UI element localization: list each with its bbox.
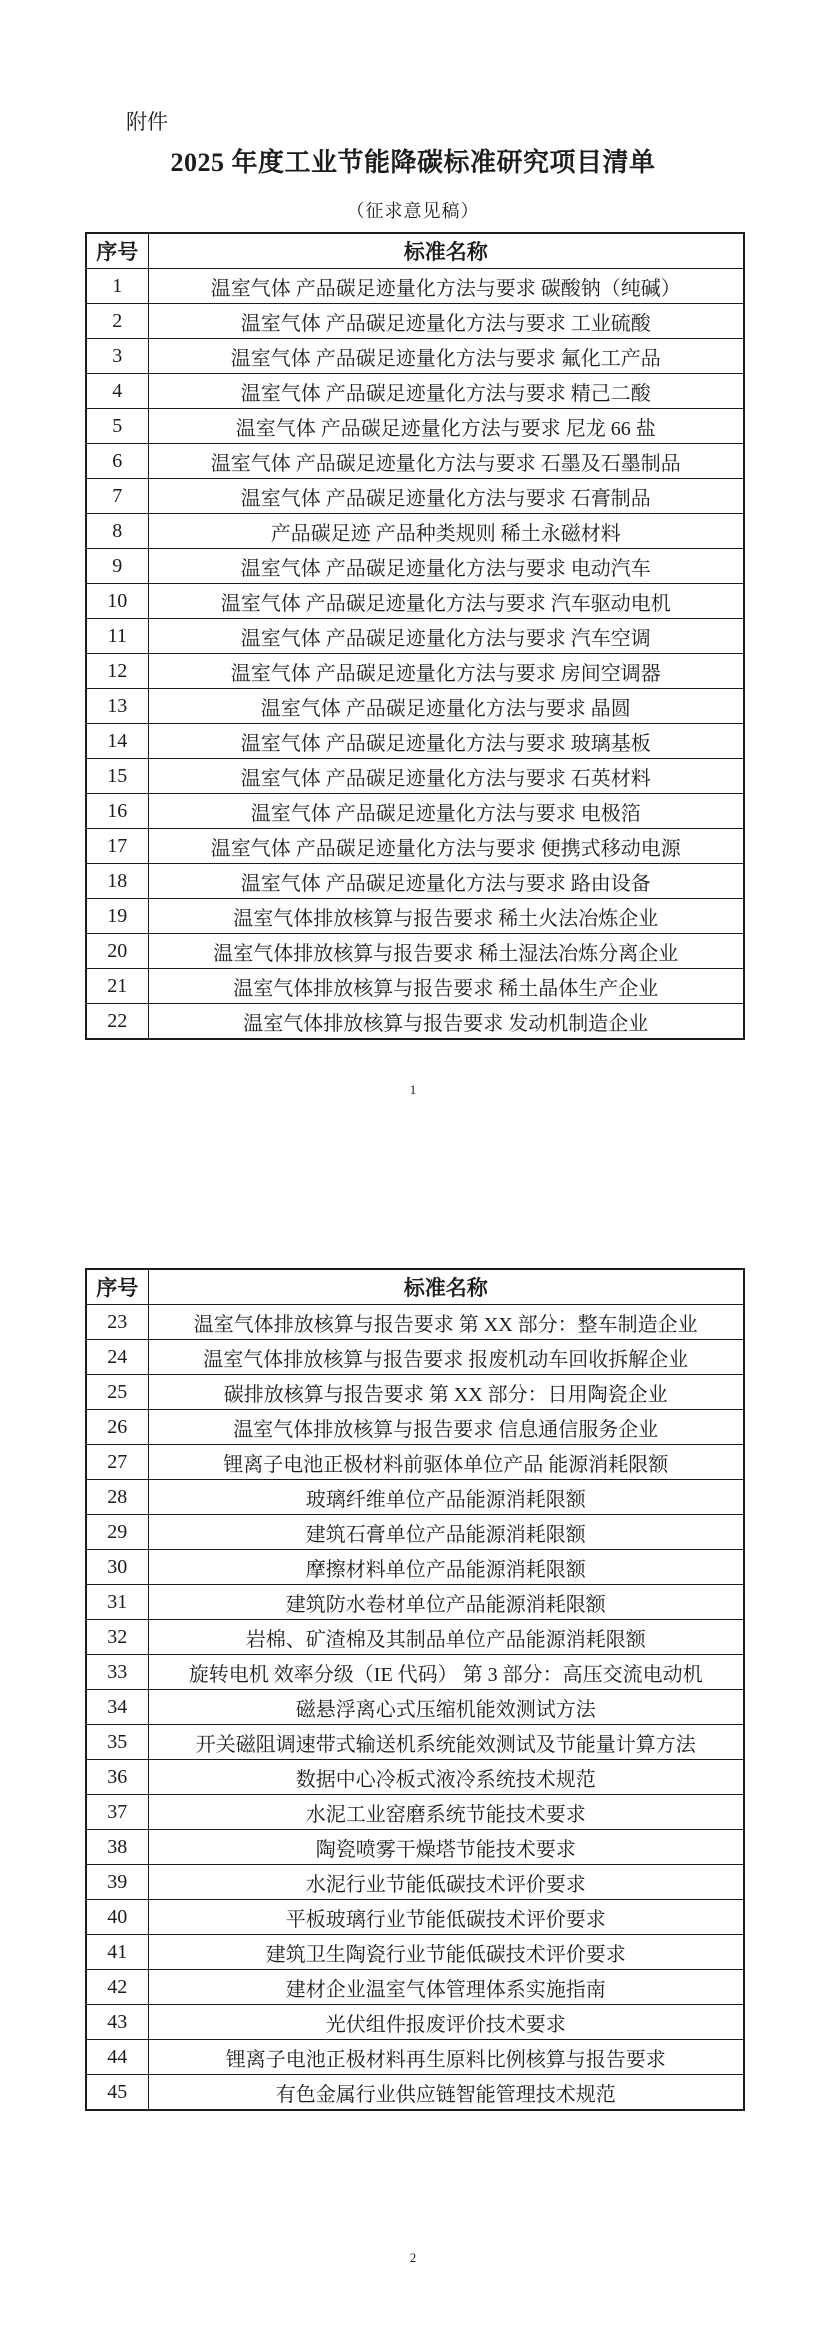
- document-page: 附件 2025 年度工业节能降碳标准研究项目清单 （征求意见稿） 序号 标准名称…: [0, 0, 826, 2338]
- standard-name: 温室气体 产品碳足迹量化方法与要求 路由设备: [148, 864, 744, 899]
- row-index: 18: [86, 864, 148, 899]
- standard-name: 温室气体排放核算与报告要求 报废机动车回收拆解企业: [148, 1340, 744, 1375]
- standard-name: 旋转电机 效率分级（IE 代码） 第 3 部分：高压交流电动机: [148, 1655, 744, 1690]
- row-index: 44: [86, 2040, 148, 2075]
- standard-name: 平板玻璃行业节能低碳技术评价要求: [148, 1900, 744, 1935]
- table-row: 21温室气体排放核算与报告要求 稀土晶体生产企业: [86, 969, 744, 1004]
- row-index: 24: [86, 1340, 148, 1375]
- table-row: 42建材企业温室气体管理体系实施指南: [86, 1970, 744, 2005]
- standard-name: 温室气体 产品碳足迹量化方法与要求 精己二酸: [148, 374, 744, 409]
- row-index: 38: [86, 1830, 148, 1865]
- standard-name: 有色金属行业供应链智能管理技术规范: [148, 2075, 744, 2111]
- table-row: 26温室气体排放核算与报告要求 信息通信服务企业: [86, 1410, 744, 1445]
- standard-name: 温室气体 产品碳足迹量化方法与要求 便携式移动电源: [148, 829, 744, 864]
- standard-name: 光伏组件报废评价技术要求: [148, 2005, 744, 2040]
- table-row: 15温室气体 产品碳足迹量化方法与要求 石英材料: [86, 759, 744, 794]
- document-subtitle: （征求意见稿）: [0, 197, 826, 223]
- standard-name: 温室气体排放核算与报告要求 第 XX 部分：整车制造企业: [148, 1305, 744, 1340]
- table-row: 22温室气体排放核算与报告要求 发动机制造企业: [86, 1004, 744, 1040]
- standard-name: 岩棉、矿渣棉及其制品单位产品能源消耗限额: [148, 1620, 744, 1655]
- row-index: 1: [86, 269, 148, 304]
- table-row: 41建筑卫生陶瓷行业节能低碳技术评价要求: [86, 1935, 744, 1970]
- standards-table-page2: 序号 标准名称 23温室气体排放核算与报告要求 第 XX 部分：整车制造企业24…: [85, 1268, 745, 2111]
- standard-name: 玻璃纤维单位产品能源消耗限额: [148, 1480, 744, 1515]
- table-row: 25碳排放核算与报告要求 第 XX 部分：日用陶瓷企业: [86, 1375, 744, 1410]
- row-index: 3: [86, 339, 148, 374]
- standard-name: 温室气体 产品碳足迹量化方法与要求 玻璃基板: [148, 724, 744, 759]
- row-index: 22: [86, 1004, 148, 1040]
- standard-name: 磁悬浮离心式压缩机能效测试方法: [148, 1690, 744, 1725]
- row-index: 26: [86, 1410, 148, 1445]
- table-row: 11温室气体 产品碳足迹量化方法与要求 汽车空调: [86, 619, 744, 654]
- table-row: 37水泥工业窑磨系统节能技术要求: [86, 1795, 744, 1830]
- row-index: 39: [86, 1865, 148, 1900]
- table-row: 10温室气体 产品碳足迹量化方法与要求 汽车驱动电机: [86, 584, 744, 619]
- standard-name: 温室气体 产品碳足迹量化方法与要求 汽车驱动电机: [148, 584, 744, 619]
- row-index: 37: [86, 1795, 148, 1830]
- table-row: 14温室气体 产品碳足迹量化方法与要求 玻璃基板: [86, 724, 744, 759]
- table-row: 31建筑防水卷材单位产品能源消耗限额: [86, 1585, 744, 1620]
- row-index: 14: [86, 724, 148, 759]
- table-row: 35开关磁阻调速带式输送机系统能效测试及节能量计算方法: [86, 1725, 744, 1760]
- table-row: 17温室气体 产品碳足迹量化方法与要求 便携式移动电源: [86, 829, 744, 864]
- table-header-row: 序号 标准名称: [86, 233, 744, 269]
- row-index: 29: [86, 1515, 148, 1550]
- standard-name: 水泥工业窑磨系统节能技术要求: [148, 1795, 744, 1830]
- table-row: 38陶瓷喷雾干燥塔节能技术要求: [86, 1830, 744, 1865]
- row-index: 21: [86, 969, 148, 1004]
- table-row: 27锂离子电池正极材料前驱体单位产品 能源消耗限额: [86, 1445, 744, 1480]
- row-index: 11: [86, 619, 148, 654]
- row-index: 5: [86, 409, 148, 444]
- row-index: 19: [86, 899, 148, 934]
- standard-name: 建筑卫生陶瓷行业节能低碳技术评价要求: [148, 1935, 744, 1970]
- row-index: 31: [86, 1585, 148, 1620]
- header-standard-name: 标准名称: [148, 1269, 744, 1305]
- table-row: 43光伏组件报废评价技术要求: [86, 2005, 744, 2040]
- table-row: 45有色金属行业供应链智能管理技术规范: [86, 2075, 744, 2111]
- row-index: 36: [86, 1760, 148, 1795]
- table-row: 28玻璃纤维单位产品能源消耗限额: [86, 1480, 744, 1515]
- standard-name: 温室气体排放核算与报告要求 稀土火法冶炼企业: [148, 899, 744, 934]
- standard-name: 开关磁阻调速带式输送机系统能效测试及节能量计算方法: [148, 1725, 744, 1760]
- table-row: 7温室气体 产品碳足迹量化方法与要求 石膏制品: [86, 479, 744, 514]
- page-number-1: 1: [0, 1082, 826, 1098]
- standard-name: 温室气体排放核算与报告要求 信息通信服务企业: [148, 1410, 744, 1445]
- table-row: 4温室气体 产品碳足迹量化方法与要求 精己二酸: [86, 374, 744, 409]
- row-index: 45: [86, 2075, 148, 2111]
- row-index: 4: [86, 374, 148, 409]
- standard-name: 锂离子电池正极材料再生原料比例核算与报告要求: [148, 2040, 744, 2075]
- standard-name: 温室气体 产品碳足迹量化方法与要求 碳酸钠（纯碱）: [148, 269, 744, 304]
- table-row: 33旋转电机 效率分级（IE 代码） 第 3 部分：高压交流电动机: [86, 1655, 744, 1690]
- row-index: 6: [86, 444, 148, 479]
- standard-name: 温室气体 产品碳足迹量化方法与要求 电动汽车: [148, 549, 744, 584]
- table-row: 12温室气体 产品碳足迹量化方法与要求 房间空调器: [86, 654, 744, 689]
- standard-name: 温室气体 产品碳足迹量化方法与要求 氟化工产品: [148, 339, 744, 374]
- standard-name: 温室气体排放核算与报告要求 发动机制造企业: [148, 1004, 744, 1040]
- standard-name: 锂离子电池正极材料前驱体单位产品 能源消耗限额: [148, 1445, 744, 1480]
- standard-name: 产品碳足迹 产品种类规则 稀土永磁材料: [148, 514, 744, 549]
- standard-name: 温室气体 产品碳足迹量化方法与要求 工业硫酸: [148, 304, 744, 339]
- row-index: 12: [86, 654, 148, 689]
- table-row: 8产品碳足迹 产品种类规则 稀土永磁材料: [86, 514, 744, 549]
- row-index: 40: [86, 1900, 148, 1935]
- row-index: 20: [86, 934, 148, 969]
- standard-name: 温室气体 产品碳足迹量化方法与要求 汽车空调: [148, 619, 744, 654]
- row-index: 15: [86, 759, 148, 794]
- header-index: 序号: [86, 233, 148, 269]
- row-index: 33: [86, 1655, 148, 1690]
- table-row: 3温室气体 产品碳足迹量化方法与要求 氟化工产品: [86, 339, 744, 374]
- table-row: 40平板玻璃行业节能低碳技术评价要求: [86, 1900, 744, 1935]
- standard-name: 温室气体 产品碳足迹量化方法与要求 晶圆: [148, 689, 744, 724]
- table-row: 34磁悬浮离心式压缩机能效测试方法: [86, 1690, 744, 1725]
- standard-name: 温室气体排放核算与报告要求 稀土晶体生产企业: [148, 969, 744, 1004]
- table-header-row: 序号 标准名称: [86, 1269, 744, 1305]
- row-index: 8: [86, 514, 148, 549]
- standard-name: 建筑石膏单位产品能源消耗限额: [148, 1515, 744, 1550]
- table-row: 16温室气体 产品碳足迹量化方法与要求 电极箔: [86, 794, 744, 829]
- row-index: 41: [86, 1935, 148, 1970]
- table-row: 19温室气体排放核算与报告要求 稀土火法冶炼企业: [86, 899, 744, 934]
- row-index: 25: [86, 1375, 148, 1410]
- table-row: 39水泥行业节能低碳技术评价要求: [86, 1865, 744, 1900]
- table-row: 6温室气体 产品碳足迹量化方法与要求 石墨及石墨制品: [86, 444, 744, 479]
- table-row: 5温室气体 产品碳足迹量化方法与要求 尼龙 66 盐: [86, 409, 744, 444]
- attachment-label: 附件: [126, 106, 168, 136]
- table-row: 18温室气体 产品碳足迹量化方法与要求 路由设备: [86, 864, 744, 899]
- row-index: 27: [86, 1445, 148, 1480]
- standards-table-page1: 序号 标准名称 1温室气体 产品碳足迹量化方法与要求 碳酸钠（纯碱）2温室气体 …: [85, 232, 745, 1040]
- row-index: 35: [86, 1725, 148, 1760]
- row-index: 32: [86, 1620, 148, 1655]
- standard-name: 温室气体排放核算与报告要求 稀土湿法冶炼分离企业: [148, 934, 744, 969]
- table-row: 13温室气体 产品碳足迹量化方法与要求 晶圆: [86, 689, 744, 724]
- row-index: 30: [86, 1550, 148, 1585]
- row-index: 7: [86, 479, 148, 514]
- standard-name: 温室气体 产品碳足迹量化方法与要求 石英材料: [148, 759, 744, 794]
- row-index: 10: [86, 584, 148, 619]
- row-index: 16: [86, 794, 148, 829]
- header-index: 序号: [86, 1269, 148, 1305]
- standard-name: 温室气体 产品碳足迹量化方法与要求 石墨及石墨制品: [148, 444, 744, 479]
- table-row: 24温室气体排放核算与报告要求 报废机动车回收拆解企业: [86, 1340, 744, 1375]
- standard-name: 温室气体 产品碳足迹量化方法与要求 石膏制品: [148, 479, 744, 514]
- table-row: 32岩棉、矿渣棉及其制品单位产品能源消耗限额: [86, 1620, 744, 1655]
- table-row: 36数据中心冷板式液冷系统技术规范: [86, 1760, 744, 1795]
- standard-name: 温室气体 产品碳足迹量化方法与要求 房间空调器: [148, 654, 744, 689]
- row-index: 2: [86, 304, 148, 339]
- row-index: 9: [86, 549, 148, 584]
- page-number-2: 2: [0, 2250, 826, 2266]
- document-title: 2025 年度工业节能降碳标准研究项目清单: [0, 142, 826, 179]
- table-row: 2温室气体 产品碳足迹量化方法与要求 工业硫酸: [86, 304, 744, 339]
- table-row: 29建筑石膏单位产品能源消耗限额: [86, 1515, 744, 1550]
- row-index: 23: [86, 1305, 148, 1340]
- standard-name: 温室气体 产品碳足迹量化方法与要求 电极箔: [148, 794, 744, 829]
- table-row: 20温室气体排放核算与报告要求 稀土湿法冶炼分离企业: [86, 934, 744, 969]
- row-index: 17: [86, 829, 148, 864]
- table-row: 9温室气体 产品碳足迹量化方法与要求 电动汽车: [86, 549, 744, 584]
- row-index: 34: [86, 1690, 148, 1725]
- standard-name: 摩擦材料单位产品能源消耗限额: [148, 1550, 744, 1585]
- table-row: 30摩擦材料单位产品能源消耗限额: [86, 1550, 744, 1585]
- row-index: 28: [86, 1480, 148, 1515]
- table-row: 1温室气体 产品碳足迹量化方法与要求 碳酸钠（纯碱）: [86, 269, 744, 304]
- standard-name: 陶瓷喷雾干燥塔节能技术要求: [148, 1830, 744, 1865]
- standard-name: 建筑防水卷材单位产品能源消耗限额: [148, 1585, 744, 1620]
- row-index: 42: [86, 1970, 148, 2005]
- table-row: 44锂离子电池正极材料再生原料比例核算与报告要求: [86, 2040, 744, 2075]
- standard-name: 水泥行业节能低碳技术评价要求: [148, 1865, 744, 1900]
- standard-name: 碳排放核算与报告要求 第 XX 部分：日用陶瓷企业: [148, 1375, 744, 1410]
- table-row: 23温室气体排放核算与报告要求 第 XX 部分：整车制造企业: [86, 1305, 744, 1340]
- row-index: 13: [86, 689, 148, 724]
- standard-name: 温室气体 产品碳足迹量化方法与要求 尼龙 66 盐: [148, 409, 744, 444]
- standard-name: 数据中心冷板式液冷系统技术规范: [148, 1760, 744, 1795]
- header-standard-name: 标准名称: [148, 233, 744, 269]
- row-index: 43: [86, 2005, 148, 2040]
- standard-name: 建材企业温室气体管理体系实施指南: [148, 1970, 744, 2005]
